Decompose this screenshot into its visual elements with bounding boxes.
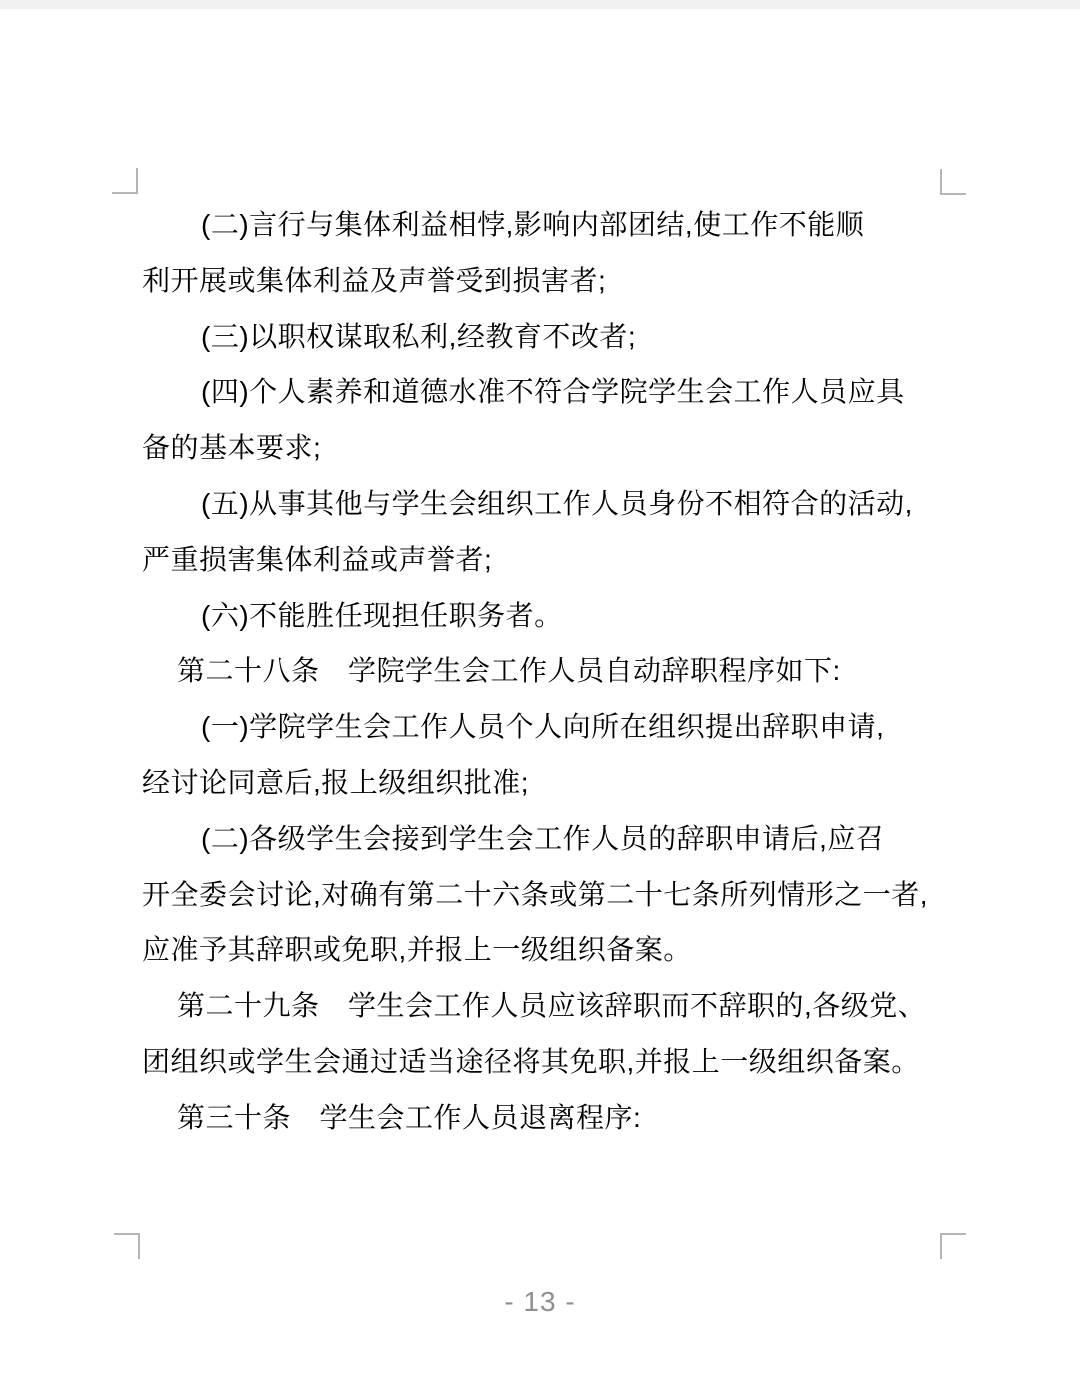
document-line: 备的基本要求;	[142, 420, 962, 476]
document-page: (二)言行与集体利益相悖,影响内部团结,使工作不能顺利开展或集体利益及声誉受到损…	[0, 0, 1080, 1388]
document-line: (六)不能胜任现担任职务者。	[142, 588, 962, 644]
corner-mark-bottom-left	[114, 1233, 140, 1259]
document-line: 第二十九条 学生会工作人员应该辞职而不辞职的,各级党、	[142, 978, 962, 1034]
corner-mark-top-right	[940, 169, 966, 195]
document-line: 经讨论同意后,报上级组织批准;	[142, 755, 962, 811]
corner-mark-top-left	[112, 168, 138, 194]
document-line: 第三十条 学生会工作人员退离程序:	[142, 1090, 962, 1146]
document-line: (一)学院学生会工作人员个人向所在组织提出辞职申请,	[142, 699, 962, 755]
document-line: 严重损害集体利益或声誉者;	[142, 532, 962, 588]
document-line: (四)个人素养和道德水准不符合学院学生会工作人员应具	[142, 364, 962, 420]
document-body: (二)言行与集体利益相悖,影响内部团结,使工作不能顺利开展或集体利益及声誉受到损…	[142, 197, 962, 1146]
document-line: (三)以职权谋取私利,经教育不改者;	[142, 309, 962, 365]
top-strip	[0, 0, 1080, 9]
document-line: 第二十八条 学院学生会工作人员自动辞职程序如下:	[142, 643, 962, 699]
document-line: 开全委会讨论,对确有第二十六条或第二十七条所列情形之一者,	[142, 867, 962, 923]
document-line: (二)各级学生会接到学生会工作人员的辞职申请后,应召	[142, 811, 962, 867]
document-line: 利开展或集体利益及声誉受到损害者;	[142, 253, 962, 309]
document-line: 团组织或学生会通过适当途径将其免职,并报上一级组织备案。	[142, 1034, 962, 1090]
document-line: (五)从事其他与学生会组织工作人员身份不相符合的活动,	[142, 476, 962, 532]
corner-mark-bottom-right	[940, 1233, 966, 1259]
document-line: (二)言行与集体利益相悖,影响内部团结,使工作不能顺	[142, 197, 962, 253]
page-number: - 13 -	[0, 1286, 1080, 1318]
document-line: 应准予其辞职或免职,并报上一级组织备案。	[142, 922, 962, 978]
